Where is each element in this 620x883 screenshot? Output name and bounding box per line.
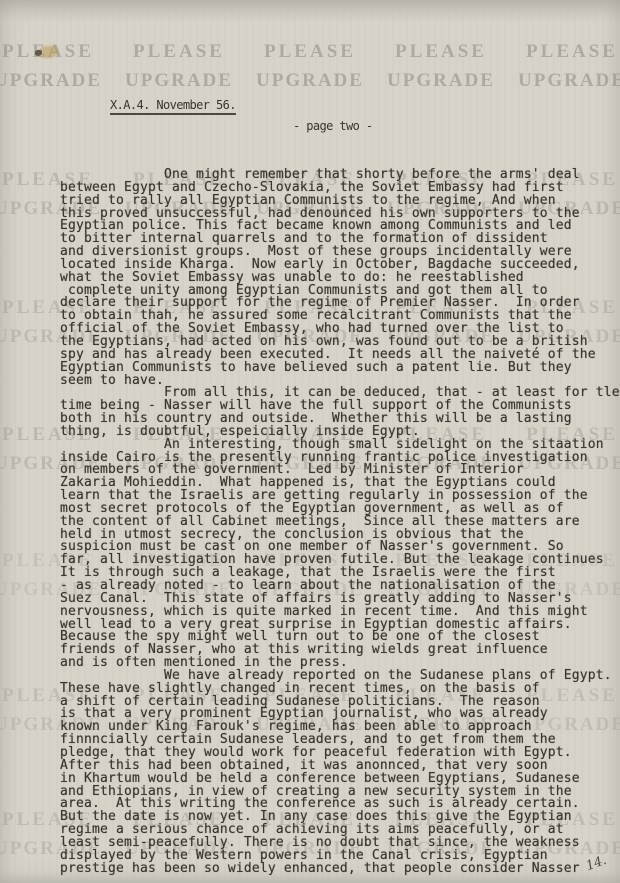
text-line: prestige has been so widely enhanced, th… [60,863,620,876]
document-reference: X.A.4. November 56. [110,98,236,115]
watermark-word: PLEASE [133,42,225,61]
watermark-word: UPGRADE [256,71,364,90]
watermark-word: PLEASE [395,42,487,61]
watermark-word: UPGRADE [125,71,233,90]
watermark-word: PLEASE [264,42,356,61]
document-body: One might remember that shorty before th… [60,169,620,875]
watermark-word: UPGRADE [0,71,102,90]
watermark-word: PLEASE [526,42,618,61]
document-page: PLEASEPLEASEPLEASEPLEASEPLEASEUPGRADEUPG… [0,0,620,883]
watermark-word: UPGRADE [518,71,620,90]
watermark-row: PLEASEPLEASEPLEASEPLEASEPLEASE [0,42,620,61]
watermark-row: UPGRADEUPGRADEUPGRADEUPGRADEUPGRADE [0,71,620,90]
page-label: - page two - [293,119,373,133]
watermark-word: UPGRADE [387,71,495,90]
